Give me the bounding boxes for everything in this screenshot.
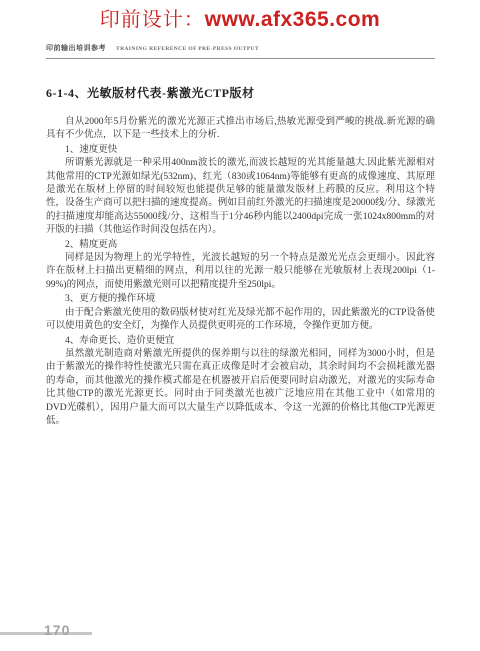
paragraph-intro: 自从2000年5月份紫光的激光光源正式推出市场后,热敏光源受到严峻的挑战.新光源…: [46, 116, 435, 143]
paragraph-lifespan: 虽然激光制造商对紫激光所提供的保养期与以往的绿激光相同，同样为3000小时，但是…: [46, 348, 435, 428]
paragraph-precision: 同样是因为物理上的光学特性，光波长越短的另一个特点是激光光点会更细小。因此容许在…: [46, 252, 435, 292]
promo-header: 印前设计：www.afx365.com: [0, 3, 480, 32]
running-head-english: TRAINING REFERENCE OF PRE-PRESS OUTPUT: [116, 46, 259, 52]
document-page: 印前设计：www.afx365.com 印前输出培训参考 TRAINING RE…: [0, 0, 480, 651]
promo-header-prefix: 印前设计：: [100, 9, 205, 31]
body-text: 自从2000年5月份紫光的激光光源正式推出市场后,热敏光源受到严峻的挑战.新光源…: [46, 116, 435, 428]
paragraph-environment: 由于配合紫激光使用的数码版材使对红光及绿光都不起作用的，因此紫激光的CTP设备使…: [46, 307, 435, 334]
subhead-speed: 1、速度更快: [46, 144, 435, 157]
paragraph-speed: 所谓紫光源就是一种采用400nm波长的激光,而波长越短的光其能量越大.因此紫光源…: [46, 157, 435, 237]
section-title: 6-1-4、光敏版材代表-紫激光CTP版材: [46, 84, 435, 101]
subhead-precision: 2、精度更高: [46, 239, 435, 252]
running-head: 印前输出培训参考 TRAINING REFERENCE OF PRE-PRESS…: [46, 37, 435, 59]
subhead-lifespan: 4、寿命更长、造价更便宜: [46, 335, 435, 348]
page-footer: 170: [0, 622, 140, 642]
running-head-chinese: 印前输出培训参考: [46, 44, 106, 52]
promo-header-url: www.afx365.com: [205, 8, 380, 31]
page-number: 170: [44, 622, 70, 638]
subhead-environment: 3、更方便的操作环境: [46, 293, 435, 306]
